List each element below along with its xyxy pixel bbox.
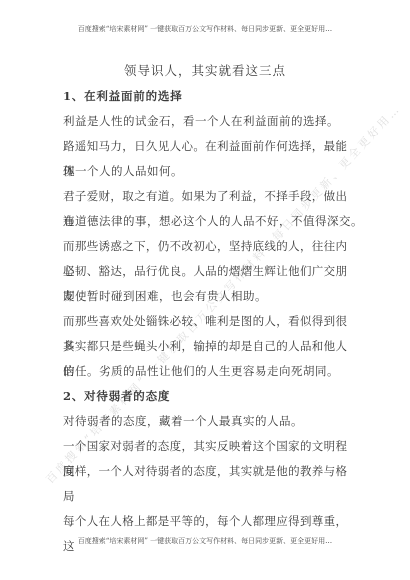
document-line: 违道德法律的事，想必这个人的人品不好，不值得深交。 xyxy=(63,209,347,234)
document-line: 利益是人性的试金石，看一个人在利益面前的选择。 xyxy=(63,109,347,134)
document-line: 即使暂时碰到困难，也会有贵人相助。 xyxy=(63,284,347,309)
document-title: 领导识人，其实就看这三点 xyxy=(63,58,347,84)
document-line: 而那些诱惑之下，仍不改初心，坚持底线的人，往往内心 xyxy=(63,234,347,259)
document-line: 而那些喜欢处处锱铢必较、唯利是图的人，看似得到很多 xyxy=(63,309,347,334)
document-line: 每个人在人格上都是平等的，每个人都理应得到尊重，这 xyxy=(63,509,347,534)
section-heading: 2、对待弱者的态度 xyxy=(63,384,347,409)
document-lines: 1、在利益面前的选择利益是人性的试金石，看一个人在利益面前的选择。路遥知马力，日… xyxy=(63,84,347,534)
section-heading: 1、在利益面前的选择 xyxy=(63,84,347,109)
promo-header-note: 百度搜索“培宋素材网” 一键获取百万公文写作材料、每日同步更新、更全更好用… xyxy=(0,24,410,34)
document-line: 对待弱者的态度，藏着一个人最真实的人品。 xyxy=(63,409,347,434)
document-line: 信任。劣质的品性让他们的人生更容易走向死胡同。 xyxy=(63,359,347,384)
document-line: 现一个人的人品如何。 xyxy=(63,159,347,184)
document-line: 同样，一个人对待弱者的态度，其实就是他的教养与格局 xyxy=(63,459,347,484)
document-line: 其实都只是些蝇头小利，输掉的却是自己的人品和他人的 xyxy=(63,334,347,359)
document-page: { "promo": { "header": "百度搜索“培宋素材网” 一键获取… xyxy=(0,0,410,580)
document-line xyxy=(63,484,347,509)
document-body: 领导识人，其实就看这三点 1、在利益面前的选择利益是人性的试金石，看一个人在利益… xyxy=(63,58,347,534)
document-line: 一个国家对弱者的态度，其实反映着这个国家的文明程度 xyxy=(63,434,347,459)
document-line: 君子爱财，取之有道。如果为了利益，不择手段，做出有 xyxy=(63,184,347,209)
document-line: 路遥知马力，日久见人心。在利益面前作何选择，最能体 xyxy=(63,134,347,159)
promo-footer-note: 百度搜索“培宋素材网” 一键获取百万公文写作材料、每日同步更新、更全更好用… xyxy=(0,536,410,546)
document-line: 坚韧、豁达，品行优良。人品的熠熠生辉让他们广交朋友 xyxy=(63,259,347,284)
